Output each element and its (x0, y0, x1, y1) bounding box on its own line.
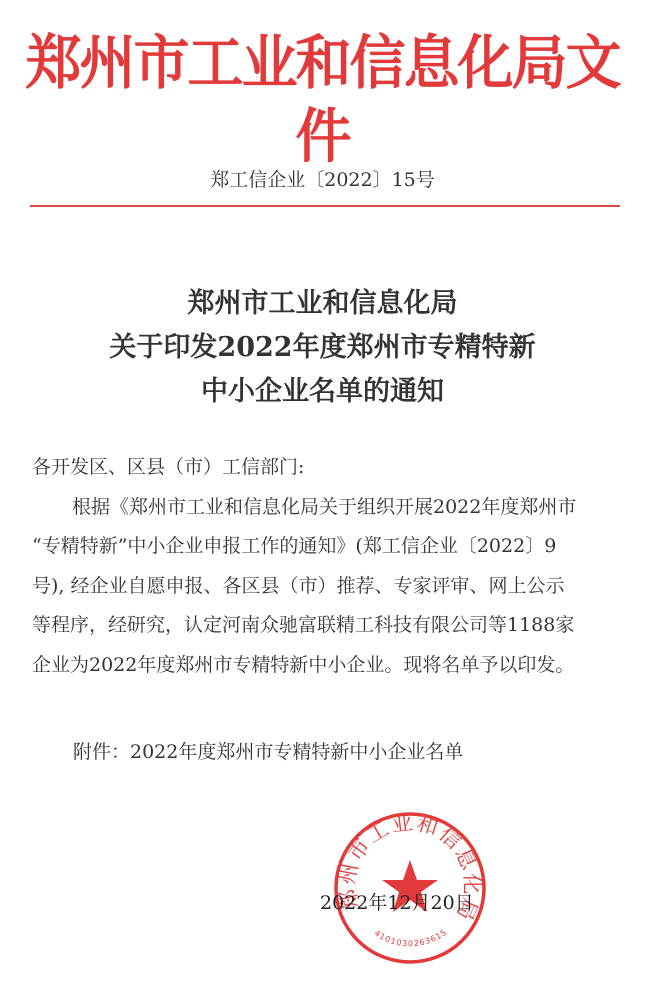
body-line-4: 等程序，经研究，认定河南众驰富联精工科技有限公司等1188家 (32, 606, 622, 646)
body-line-5: 企业为2022年度郑州市专精特新中小企业。现将名单予以印发。 (32, 646, 622, 686)
document-body: 各开发区、区县（市）工信部门: 根据《郑州市工业和信息化局关于组织开展2022年… (32, 448, 622, 685)
body-line-3: 号), 经企业自愿申报、各区县（市）推荐、专家评审、网上公示 (32, 567, 622, 607)
document-date: 2022年12月20日 (320, 888, 474, 918)
body-line-1: 根据《郑州市工业和信息化局关于组织开展2022年度郑州市 (32, 488, 622, 528)
document-title: 郑州市工业和信息化局 关于印发2022年度郑州市专精特新 中小企业名单的通知 (0, 282, 645, 414)
title-line-3: 中小企业名单的通知 (0, 370, 645, 414)
seal-code: 4101030263615 (373, 927, 449, 948)
attachment-line: 附件：2022年度郑州市专精特新中小企业名单 (73, 732, 463, 772)
document-number: 郑工信企业〔2022〕15号 (0, 166, 645, 194)
svg-text:4101030263615: 4101030263615 (373, 927, 449, 948)
red-divider-line (30, 205, 620, 207)
salutation: 各开发区、区县（市）工信部门: (32, 448, 622, 488)
title-line-1: 郑州市工业和信息化局 (0, 282, 645, 326)
document-masthead: 郑州市工业和信息化局文件 (0, 27, 645, 174)
title-line-2: 关于印发2022年度郑州市专精特新 (0, 326, 645, 370)
body-line-2: “专精特新”中小企业申报工作的通知》(郑工信企业〔2022〕9 (32, 527, 622, 567)
